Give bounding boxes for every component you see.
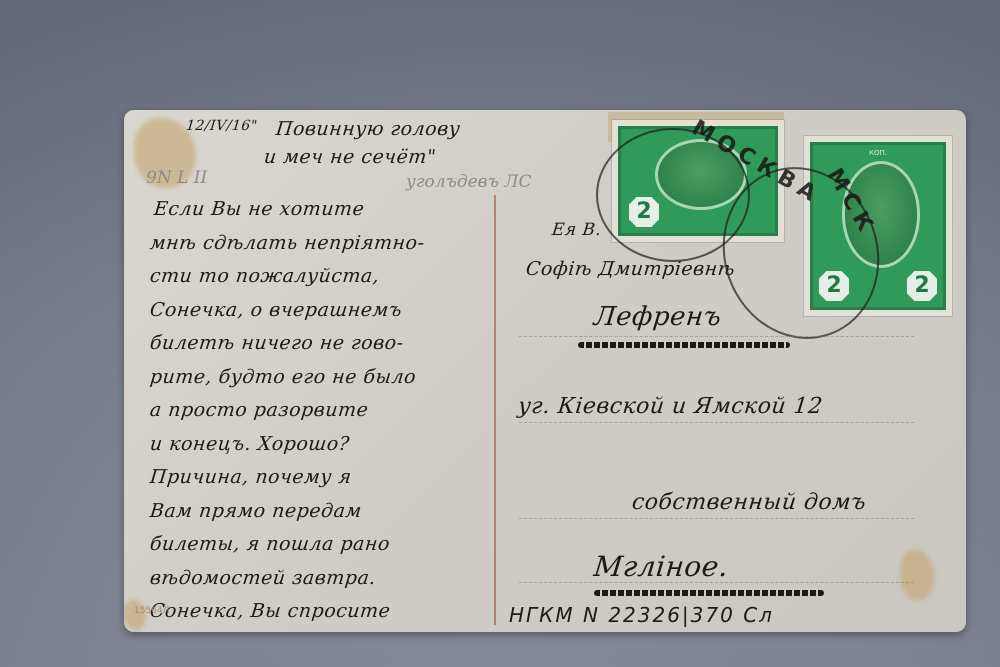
recipient-surname: Лефренъ bbox=[592, 302, 723, 332]
age-stain bbox=[900, 550, 934, 600]
message-line: сти то пожалуйста, bbox=[149, 265, 381, 287]
stamp-caption: КОП. bbox=[813, 149, 943, 157]
surname-underline bbox=[578, 342, 790, 348]
stamp-value-right: 2 bbox=[907, 271, 937, 301]
message-line: вѣдомостей завтра. bbox=[149, 567, 377, 589]
message-line: мнѣ сдѣлать непріятно- bbox=[149, 232, 426, 254]
quote-line-1: Повинную голову bbox=[275, 118, 462, 140]
city: Мгліное. bbox=[592, 550, 730, 583]
address-rule bbox=[519, 422, 914, 423]
message-line: и конецъ. Хорошо? bbox=[149, 433, 351, 455]
message-line: Сонечка, о вчерашнемъ bbox=[149, 299, 403, 321]
address-prefix: Ея В. bbox=[551, 220, 603, 240]
message-line: Сонечка, Вы спросите bbox=[149, 600, 392, 622]
message-line: Причина, почему я bbox=[149, 466, 353, 488]
recipient-name: Софіѣ Дмитріевнѣ bbox=[525, 258, 736, 280]
message-address-divider bbox=[494, 195, 496, 625]
message-line: Вам прямо передам bbox=[149, 500, 363, 522]
message-line: билеты, я пошла рано bbox=[149, 533, 391, 555]
archive-code-pencil: 9N L II bbox=[146, 168, 207, 188]
quote-line-2: и меч не сечёт" bbox=[263, 146, 437, 168]
message-line: билетѣ ничего не гово- bbox=[149, 332, 405, 354]
postcard: 12/IV/16" Повинную голову и меч не сечёт… bbox=[124, 110, 966, 632]
address-rule bbox=[519, 518, 914, 519]
printer-mark: 15564Л bbox=[134, 606, 169, 616]
message-line: рите, будто его не было bbox=[149, 366, 417, 388]
attribution-pencil: уголъдевъ ЛС bbox=[406, 172, 532, 192]
city-underline bbox=[594, 590, 824, 596]
house-note: собственный домъ bbox=[631, 490, 868, 515]
inventory-number: НГКМ N 22326|370 Сл bbox=[509, 603, 774, 627]
street-address: уг. Кіевской и Ямской 12 bbox=[517, 394, 824, 419]
message-line: Если Вы не хотите bbox=[153, 198, 366, 220]
address-rule bbox=[519, 336, 914, 337]
message-line: а просто разорвите bbox=[149, 399, 370, 421]
address-rule bbox=[519, 582, 914, 583]
date-note: 12/IV/16" bbox=[185, 118, 258, 134]
